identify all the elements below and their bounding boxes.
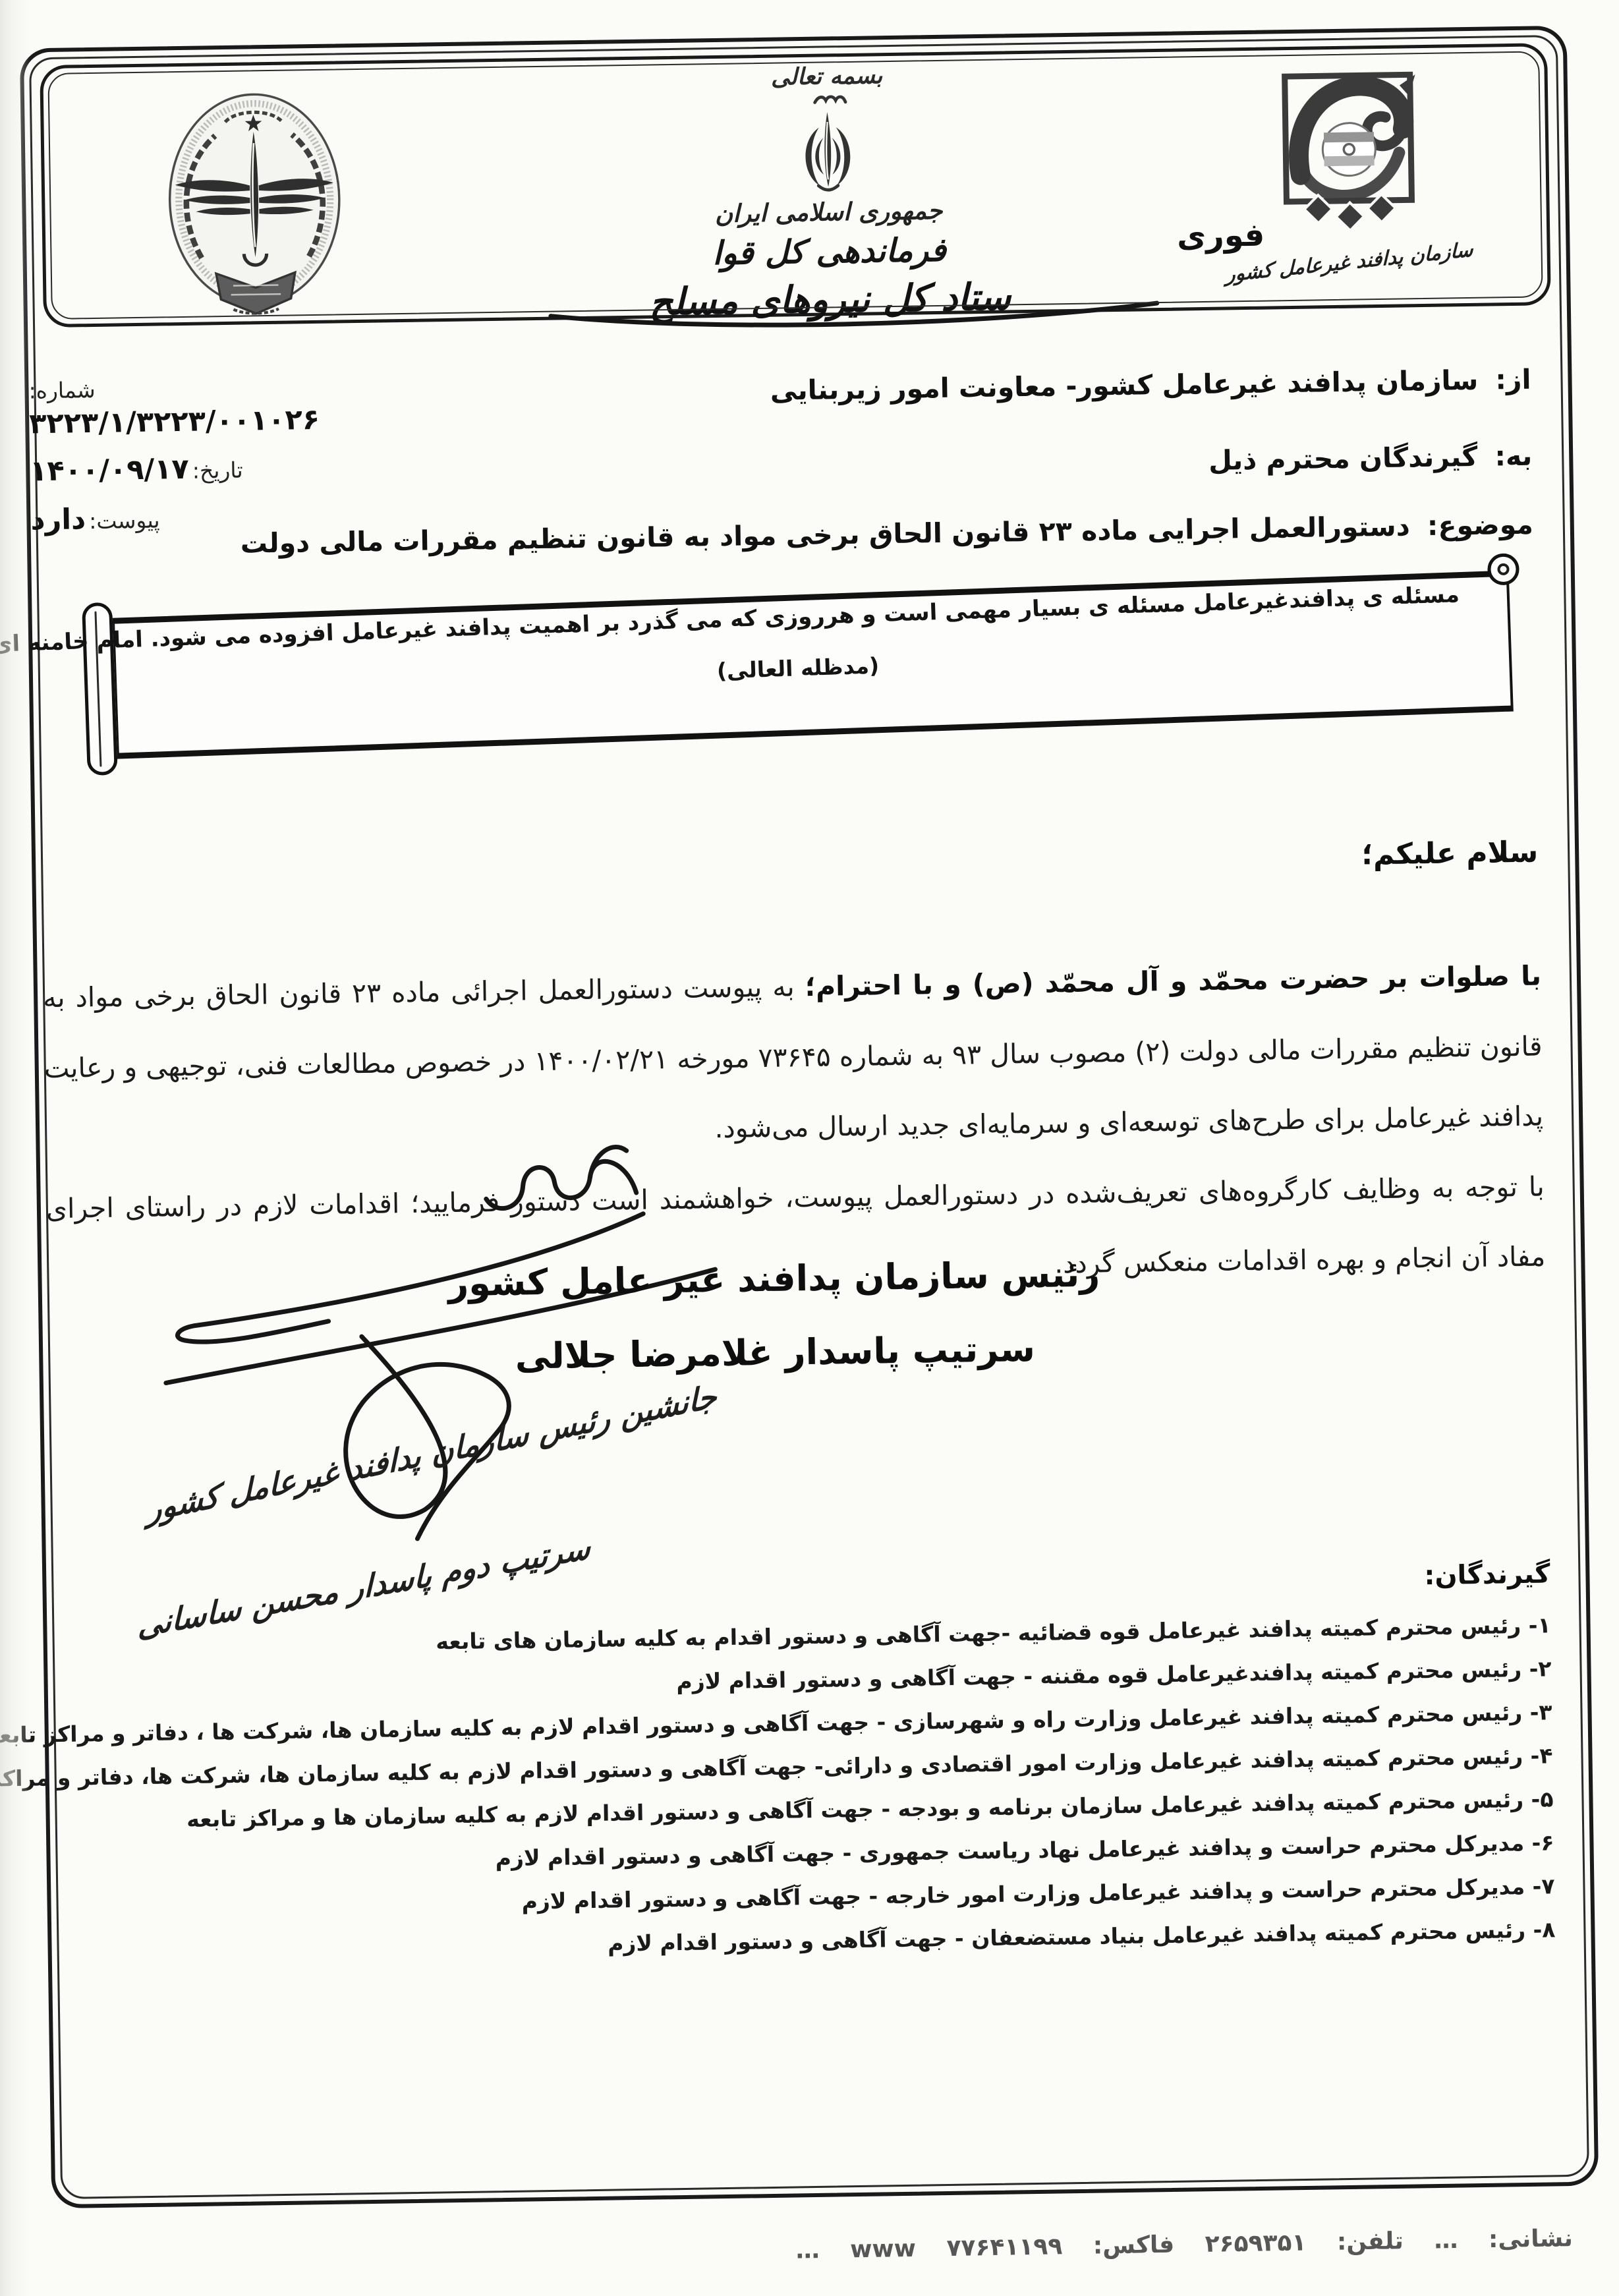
number-label: شماره: [28, 377, 96, 403]
body-invocation: با صلوات بر حضرت محمّد و آل محمّد (ص) و … [805, 960, 1541, 1002]
bismillah-text: بسمه تعالی [556, 59, 1097, 94]
letter-meta: شماره: ۳۲۲۳/۱/۳۲۲۳/۰۰۱۰۲۶ تاریخ: ۱۴۰۰/۰۹… [28, 372, 429, 536]
attachment-label: پیوست: [89, 507, 160, 534]
letterhead-center: بسمه تعالی جمهوری اسلامی ایران فرماندهی … [556, 59, 1100, 325]
armed-forces-emblem-icon [128, 85, 382, 326]
scanner-edge-artifact [0, 0, 30, 2296]
attachment-value: دارد [30, 503, 86, 536]
country-name-text: جمهوری اسلامی ایران [558, 194, 1099, 230]
general-staff-text: ستاد کل نیروهای مسلح [649, 275, 1011, 324]
command-line-text: فرماندهی کل قوا [559, 229, 1100, 274]
salutation: سلام علیکم؛ [1361, 836, 1539, 872]
footer-contact-strip: نشانی: … تلفن: ۲۶۵۹۳۵۱ فاکس: ۷۷۶۴۱۱۹۹ ww… [158, 2222, 1573, 2274]
scroll-roll-top-right [1487, 553, 1520, 586]
letter-document: بسمه تعالی جمهوری اسلامی ایران فرماندهی … [20, 26, 1599, 2208]
letter-date: ۱۴۰۰/۰۹/۱۷ [30, 453, 189, 488]
to-value: گیرندگان محترم ذیل [1208, 441, 1478, 476]
footer-contact-text: نشانی: … تلفن: ۲۶۵۹۳۵۱ فاکس: ۷۷۶۴۱۱۹۹ ww… [158, 2222, 1573, 2274]
letterhead: بسمه تعالی جمهوری اسلامی ایران فرماندهی … [40, 43, 1551, 328]
urgency-stamp: فوری [1177, 217, 1265, 255]
passive-defense-logo-icon [1274, 67, 1421, 240]
passive-defense-caption: سازمان پدافند غیرعامل کشور [1218, 237, 1481, 287]
subject-label: موضوع: [1427, 509, 1534, 542]
date-label: تاریخ: [192, 457, 243, 484]
letter-number: ۳۲۲۳/۱/۳۲۲۳/۰۰۱۰۲۶ [29, 403, 320, 441]
from-label: از: [1495, 364, 1531, 396]
scanned-letter-page: { "document_type": "official-letter-scan… [0, 0, 1619, 2296]
to-label: به: [1494, 440, 1532, 473]
recipients-section: گیرندگان: ۱- رئیس محترم کمیته پدافند غیر… [82, 1559, 1556, 1973]
iran-national-emblem-icon [789, 92, 866, 198]
to-line: به: گیرندگان محترم ذیل [1208, 440, 1533, 476]
